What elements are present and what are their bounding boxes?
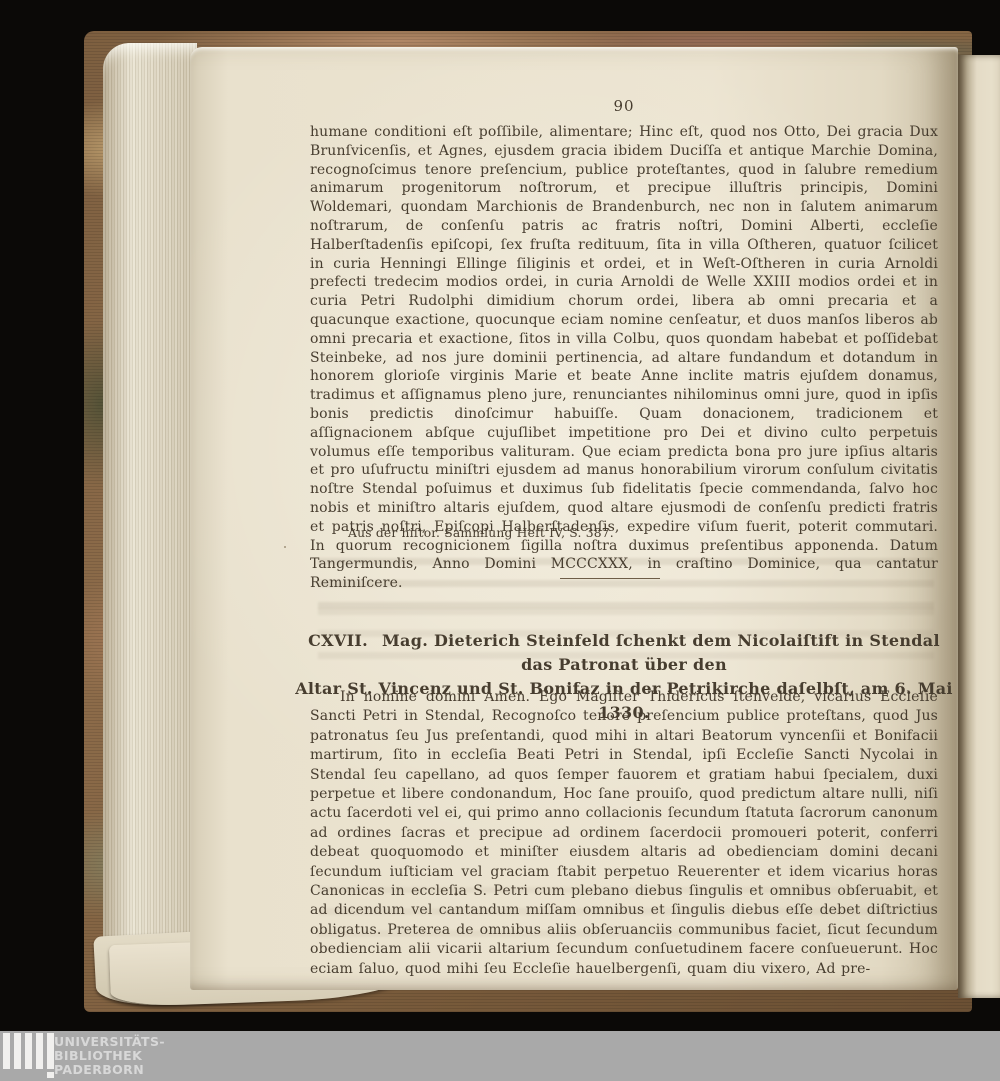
page-number: 90 bbox=[310, 97, 938, 115]
charter-text-cxvii: In nomine domini Amen. Ego Magiſter Thid… bbox=[310, 688, 938, 979]
section-divider-rule bbox=[560, 578, 660, 579]
book-gutter-facing-page bbox=[958, 55, 1000, 998]
digitized-book-viewer: { "doc": { "page_number": "90", "paragra… bbox=[0, 0, 1000, 1081]
library-name-line2: BIBLIOTHEK bbox=[54, 1049, 165, 1063]
page-stack-edge-left bbox=[103, 43, 197, 998]
section-heading-line1: Mag. Dieterich Steinfeld ſchenkt dem Nic… bbox=[382, 631, 940, 674]
library-banner: UNIVERSITÄTS- BIBLIOTHEK PADERBORN bbox=[0, 1031, 1000, 1081]
section-number: CXVII. bbox=[308, 631, 368, 650]
university-library-logo-icon bbox=[3, 1033, 54, 1078]
library-name: UNIVERSITÄTS- BIBLIOTHEK PADERBORN bbox=[54, 1035, 165, 1077]
library-name-line3: PADERBORN bbox=[54, 1063, 165, 1077]
library-name-line1: UNIVERSITÄTS- bbox=[54, 1035, 165, 1049]
source-citation: Aus der hiſtor. Sammlung Heft IV, S. 387… bbox=[348, 526, 614, 540]
logo-exclamation-dot bbox=[47, 1072, 54, 1078]
charter-text-cxvi-continuation: humane conditioni eſt poſſibile, aliment… bbox=[310, 123, 938, 593]
scanned-page: 90 humane conditioni eſt poſſibile, alim… bbox=[190, 47, 958, 990]
